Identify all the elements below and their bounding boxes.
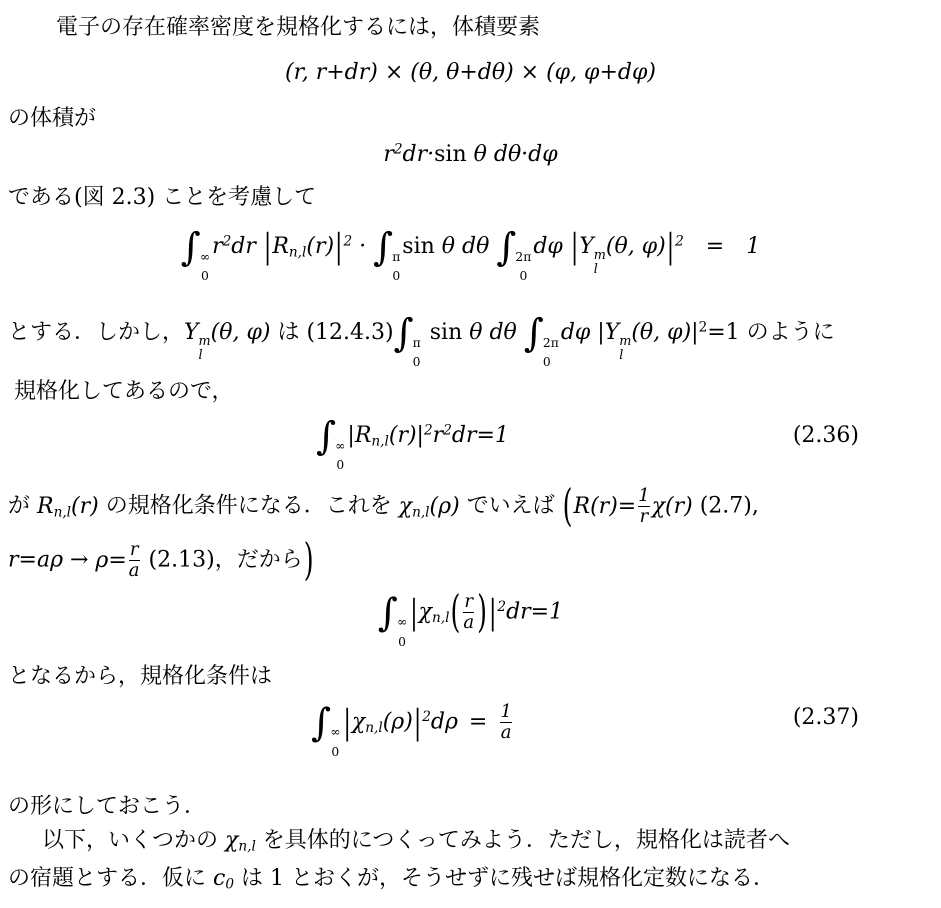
equation-body: ∫∞0|Rn,l(r)|2r2dr=1 — [316, 420, 509, 472]
paragraph-consider: である(図 2.3) ことを考慮して — [0, 182, 941, 214]
paragraph-intro: 電子の存在確率密度を規格化するには，体積要素 — [0, 12, 941, 44]
paragraph-keep-form: の形にしておこう． — [0, 791, 941, 823]
paragraph-examples: 以下，いくつかの χn,l を具体的につくってみよう．ただし，規格化は読者へ — [0, 825, 941, 857]
equation-body: ∫∞0|χn,l(ρ)|2dρ = 1a — [311, 702, 514, 758]
paragraph-chi-definition: が Rn,l(r) の規格化条件になる．これを χn,l(ρ) でいえば (R(… — [0, 486, 941, 527]
equation-2-37: ∫∞0|χn,l(ρ)|2dρ = 1a (2.37) — [0, 702, 941, 758]
equation-body: r2dr·sin θ dθ·dφ — [383, 139, 557, 171]
equation-body: ∫∞0|χn,l(ra)|2dr=1 — [378, 592, 563, 648]
equation-body: (r, r+dr) × (θ, θ+dθ) × (φ, φ+dφ) — [285, 57, 656, 89]
equation-volume-element: (r, r+dr) × (θ, θ+dθ) × (φ, φ+dφ) — [0, 57, 941, 89]
equation-volume-expression: r2dr·sin θ dθ·dφ — [0, 139, 941, 171]
equation-2-36: ∫∞0|Rn,l(r)|2r2dr=1 (2.36) — [0, 420, 941, 472]
equation-number: (2.36) — [793, 420, 859, 452]
equation-number: (2.37) — [793, 702, 859, 734]
paragraph-chi-definition-cont: r=aρ → ρ=ra (2.13)，だから) — [0, 540, 941, 581]
equation-body: ∫∞0r2dr |Rn,l(r)|2 · ∫π0sin θ dθ ∫2π0dφ … — [181, 231, 760, 283]
equation-full-normalization: ∫∞0r2dr |Rn,l(r)|2 · ∫π0sin θ dθ ∫2π0dφ … — [0, 231, 941, 283]
equation-chi-r-over-a: ∫∞0|χn,l(ra)|2dr=1 — [0, 592, 941, 648]
paragraph-homework: の宿題とする．仮に c0 は 1 とおくが，そうせずに残せば規格化定数になる． — [0, 863, 941, 895]
textbook-page: 電子の存在確率密度を規格化するには，体積要素 (r, r+dr) × (θ, θ… — [0, 0, 941, 908]
paragraph-volume: の体積が — [0, 103, 941, 135]
paragraph-ylm-normalized: とする．しかし，Yml(θ, φ) は (12.4.3)∫π0 sin θ dθ… — [0, 317, 941, 369]
paragraph-therefore: となるから，規格化条件は — [0, 661, 941, 693]
paragraph-ylm-normalized-cont: 規格化してあるので， — [0, 376, 941, 408]
